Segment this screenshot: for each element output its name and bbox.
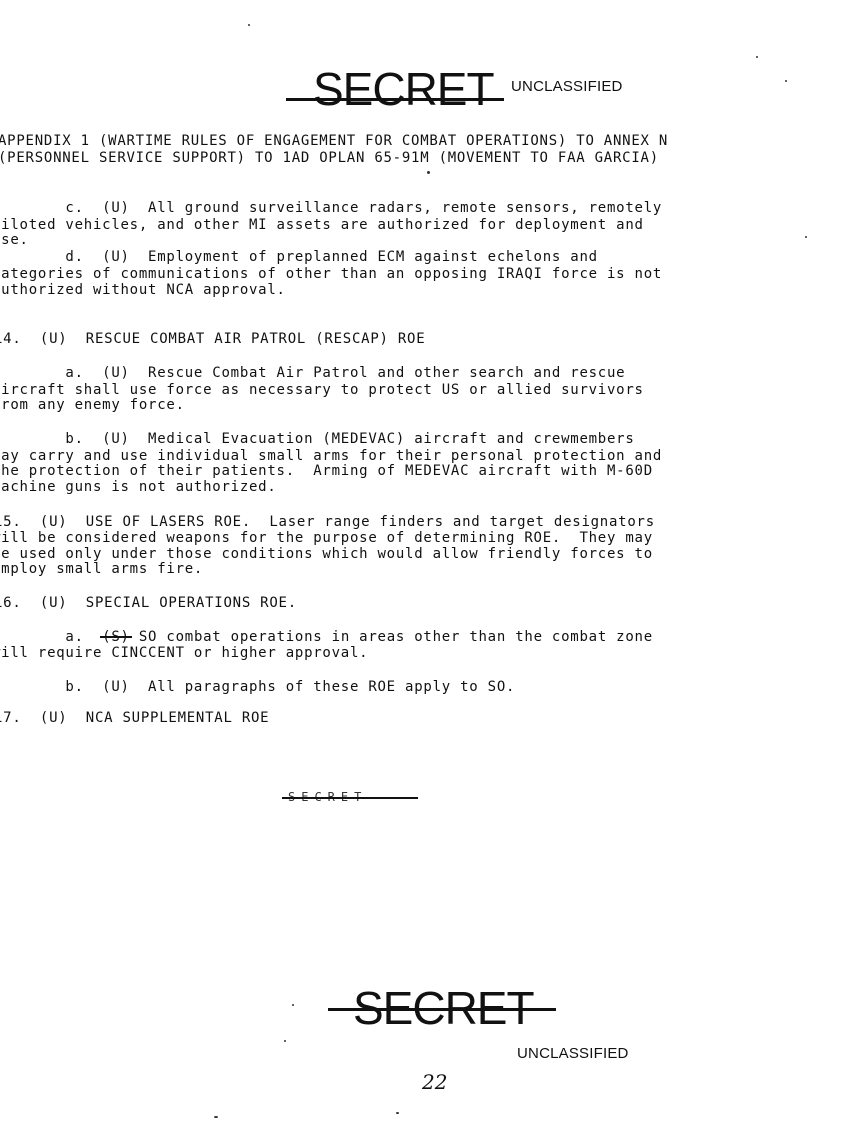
section-16a-line-2: will require CINCCENT or higher approval… [0, 645, 368, 661]
section-16a-line-1: a. (S) SO combat operations in areas oth… [0, 629, 653, 645]
section-15-line-4: employ small arms fire. [0, 561, 203, 577]
scan-speck [248, 24, 250, 26]
scan-speck [756, 56, 758, 58]
section-14b-line-2: may carry and use individual small arms … [0, 448, 662, 464]
struck-classification-marking: (S) [102, 629, 130, 645]
section-16a-prefix: a. [0, 629, 102, 645]
section-16-heading: 16. (U) SPECIAL OPERATIONS ROE. [0, 595, 297, 611]
para-d-line-2: categories of communications of other th… [0, 266, 662, 282]
section-16a-text: SO combat operations in areas other than… [130, 629, 653, 645]
section-14b-line-3: the protection of their patients. Arming… [0, 463, 653, 479]
section-14a-line-3: from any enemy force. [0, 397, 185, 413]
page-number: 22 [422, 1070, 447, 1094]
appendix-title-line-2: (PERSONNEL SERVICE SUPPORT) TO 1AD OPLAN… [0, 150, 659, 166]
scan-speck [396, 1112, 399, 1114]
footer-small-secret-strikethrough [282, 797, 418, 799]
header-secret-strikethrough [286, 98, 504, 101]
para-d-line-3: authorized without NCA approval. [0, 282, 286, 298]
para-c-line-1: c. (U) All ground surveillance radars, r… [0, 200, 662, 216]
section-14a-line-1: a. (U) Rescue Combat Air Patrol and othe… [0, 365, 625, 381]
footer-unclassified-stamp: UNCLASSIFIED [517, 1045, 629, 1062]
section-15-line-2: will be considered weapons for the purpo… [0, 530, 653, 546]
para-c-line-3: use. [0, 232, 29, 248]
scan-speck [214, 1116, 218, 1118]
section-14a-line-2: aircraft shall use force as necessary to… [0, 382, 644, 398]
header-secret-stamp: SECRET [313, 66, 494, 112]
para-c-line-2: piloted vehicles, and other MI assets ar… [0, 217, 644, 233]
section-14b-line-1: b. (U) Medical Evacuation (MEDEVAC) airc… [0, 431, 635, 447]
section-14-heading: 14. (U) RESCUE COMBAT AIR PATROL (RESCAP… [0, 331, 425, 347]
footer-secret-strikethrough [328, 1008, 556, 1011]
header-unclassified-stamp: UNCLASSIFIED [511, 78, 623, 95]
scan-speck [292, 1004, 294, 1006]
section-16b-line: b. (U) All paragraphs of these ROE apply… [0, 679, 515, 695]
scan-speck [284, 1040, 286, 1042]
para-d-line-1: d. (U) Employment of preplanned ECM agai… [0, 249, 598, 265]
scan-speck [805, 236, 807, 238]
section-15-line-3: be used only under those conditions whic… [0, 546, 653, 562]
appendix-title-line-1: APPENDIX 1 (WARTIME RULES OF ENGAGEMENT … [0, 133, 668, 149]
section-14b-line-4: machine guns is not authorized. [0, 479, 277, 495]
scan-speck [785, 80, 787, 82]
section-17-heading: 17. (U) NCA SUPPLEMENTAL ROE [0, 710, 269, 726]
scan-speck [427, 171, 430, 174]
section-15-line-1: 15. (U) USE OF LASERS ROE. Laser range f… [0, 514, 655, 530]
